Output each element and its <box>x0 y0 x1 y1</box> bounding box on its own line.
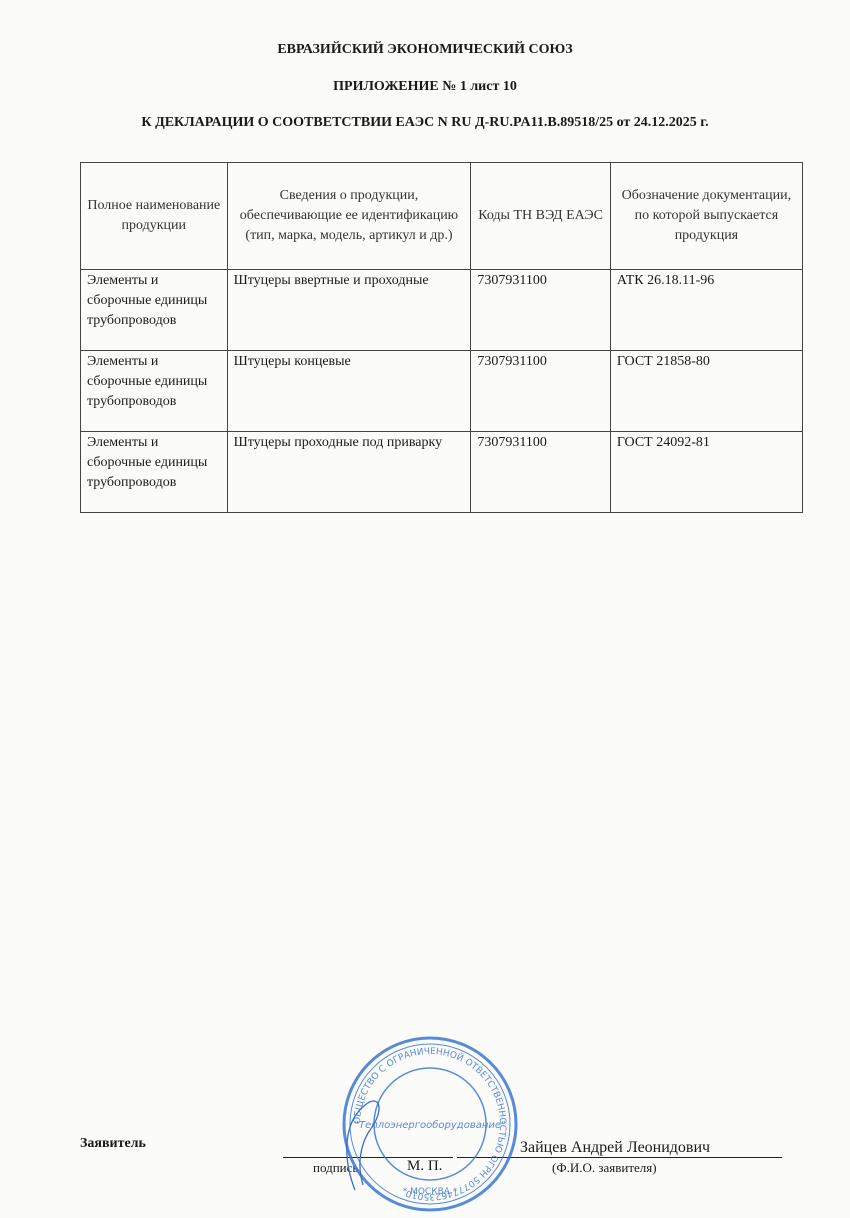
cell-product-name: Элементы и сборочные единицы трубопровод… <box>81 432 228 513</box>
cell-code: 7307931100 <box>471 432 610 513</box>
column-header-identification: Сведения о продукции, обеспечивающие ее … <box>227 163 471 270</box>
products-table: Полное наименование продукции Сведения о… <box>80 162 803 513</box>
column-header-documentation: Обозначение документации, по которой вып… <box>610 163 802 270</box>
cell-documentation: ГОСТ 21858-80 <box>610 351 802 432</box>
applicant-label: Заявитель <box>80 1136 146 1152</box>
cell-identification: Штуцеры концевые <box>227 351 471 432</box>
declaration-title: К ДЕКЛАРАЦИИ О СООТВЕТСТВИИ ЕАЭС N RU Д-… <box>0 115 850 131</box>
stamp-city: * МОСКВА * <box>403 1187 458 1197</box>
table-header-row: Полное наименование продукции Сведения о… <box>81 163 803 270</box>
cell-product-name: Элементы и сборочные единицы трубопровод… <box>81 351 228 432</box>
cell-code: 7307931100 <box>471 270 610 351</box>
table-row: Элементы и сборочные единицы трубопровод… <box>81 432 803 513</box>
table-row: Элементы и сборочные единицы трубопровод… <box>81 270 803 351</box>
cell-documentation: ГОСТ 24092-81 <box>610 432 802 513</box>
cell-identification: Штуцеры ввертные и проходные <box>227 270 471 351</box>
cell-identification: Штуцеры проходные под приварку <box>227 432 471 513</box>
cell-product-name: Элементы и сборочные единицы трубопровод… <box>81 270 228 351</box>
name-caption: (Ф.И.О. заявителя) <box>552 1160 657 1176</box>
appendix-title: ПРИЛОЖЕНИЕ № 1 лист 10 <box>0 79 850 95</box>
table-row: Элементы и сборочные единицы трубопровод… <box>81 351 803 432</box>
union-title: ЕВРАЗИЙСКИЙ ЭКОНОМИЧЕСКИЙ СОЮЗ <box>0 42 850 58</box>
applicant-name: Зайцев Андрей Леонидович <box>520 1139 710 1157</box>
cell-documentation: АТК 26.18.11-96 <box>610 270 802 351</box>
cell-code: 7307931100 <box>471 351 610 432</box>
column-header-name: Полное наименование продукции <box>81 163 228 270</box>
column-header-codes: Коды ТН ВЭД ЕАЭС <box>471 163 610 270</box>
signature-scribble <box>335 1085 395 1195</box>
